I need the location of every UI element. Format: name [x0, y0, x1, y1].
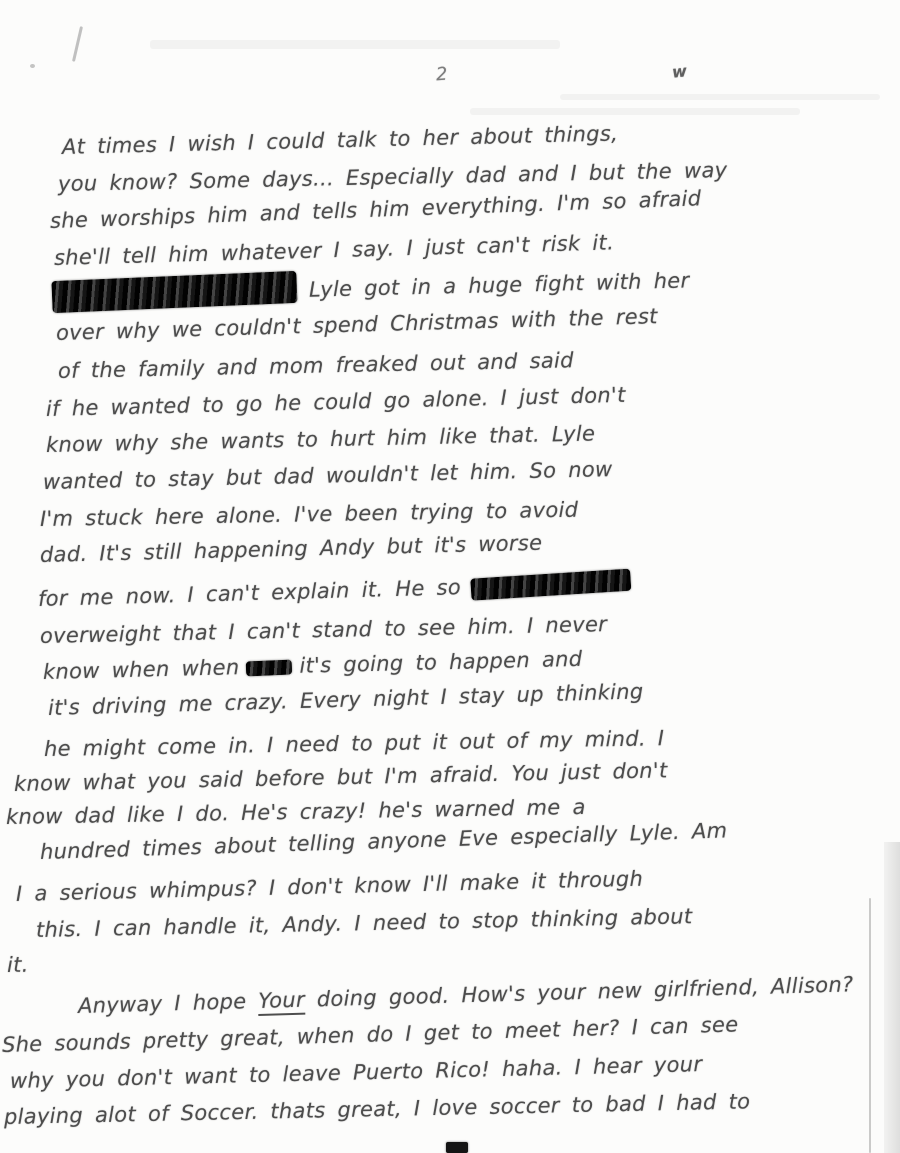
redaction-scribble-icon — [470, 569, 631, 601]
corner-pen-mark: w — [671, 61, 687, 81]
scanned-letter-page: 2 w At times I wish I could talk to her … — [0, 0, 900, 1153]
letter-line: it. — [7, 950, 29, 980]
pen-stray-mark — [72, 26, 83, 62]
letter-line: know why she wants to hurt him like that… — [46, 418, 596, 459]
letter-line-text: Anyway I hope — [78, 989, 259, 1018]
letter-line: of the family and mom freaked out and sa… — [58, 345, 574, 386]
pen-stray-dot — [30, 64, 35, 68]
scan-streak — [470, 108, 800, 115]
letter-line: if he wanted to go he could go alone. I … — [46, 380, 626, 424]
letter-line: I a serious whimpus? I don't know I'll m… — [16, 864, 644, 909]
letter-line: dad. It's still happening Andy but it's … — [40, 528, 543, 570]
page-number: 2 — [435, 64, 448, 86]
letter-line: this. I can handle it, Andy. I need to s… — [36, 901, 693, 945]
letter-line: she'll tell him whatever I say. I just c… — [54, 227, 615, 273]
scan-edge-shadow — [884, 842, 900, 1153]
letter-line-text: Lyle got in a huge fight with her — [309, 268, 690, 301]
letter-line-text: doing good. How's your new girlfriend, A… — [304, 972, 853, 1011]
redaction-scribble-icon — [246, 660, 293, 677]
letter-line-text: know when when — [43, 655, 240, 684]
ink-blot-mark — [446, 1142, 468, 1153]
letter-line-text: it's going to happen and — [299, 647, 583, 678]
letter-line: At times I wish I could talk to her abou… — [62, 118, 619, 162]
scan-streak — [150, 40, 560, 49]
page-edge-line — [869, 898, 871, 1153]
letter-line-text: for me now. I can't explain it. He so — [38, 575, 462, 611]
letter-line: for me now. I can't explain it. He so — [38, 567, 632, 614]
underlined-word: Your — [258, 988, 305, 1016]
letter-line: wanted to stay but dad wouldn't let him.… — [43, 454, 613, 497]
scan-streak — [560, 94, 880, 100]
redaction-scribble-icon — [51, 271, 297, 313]
